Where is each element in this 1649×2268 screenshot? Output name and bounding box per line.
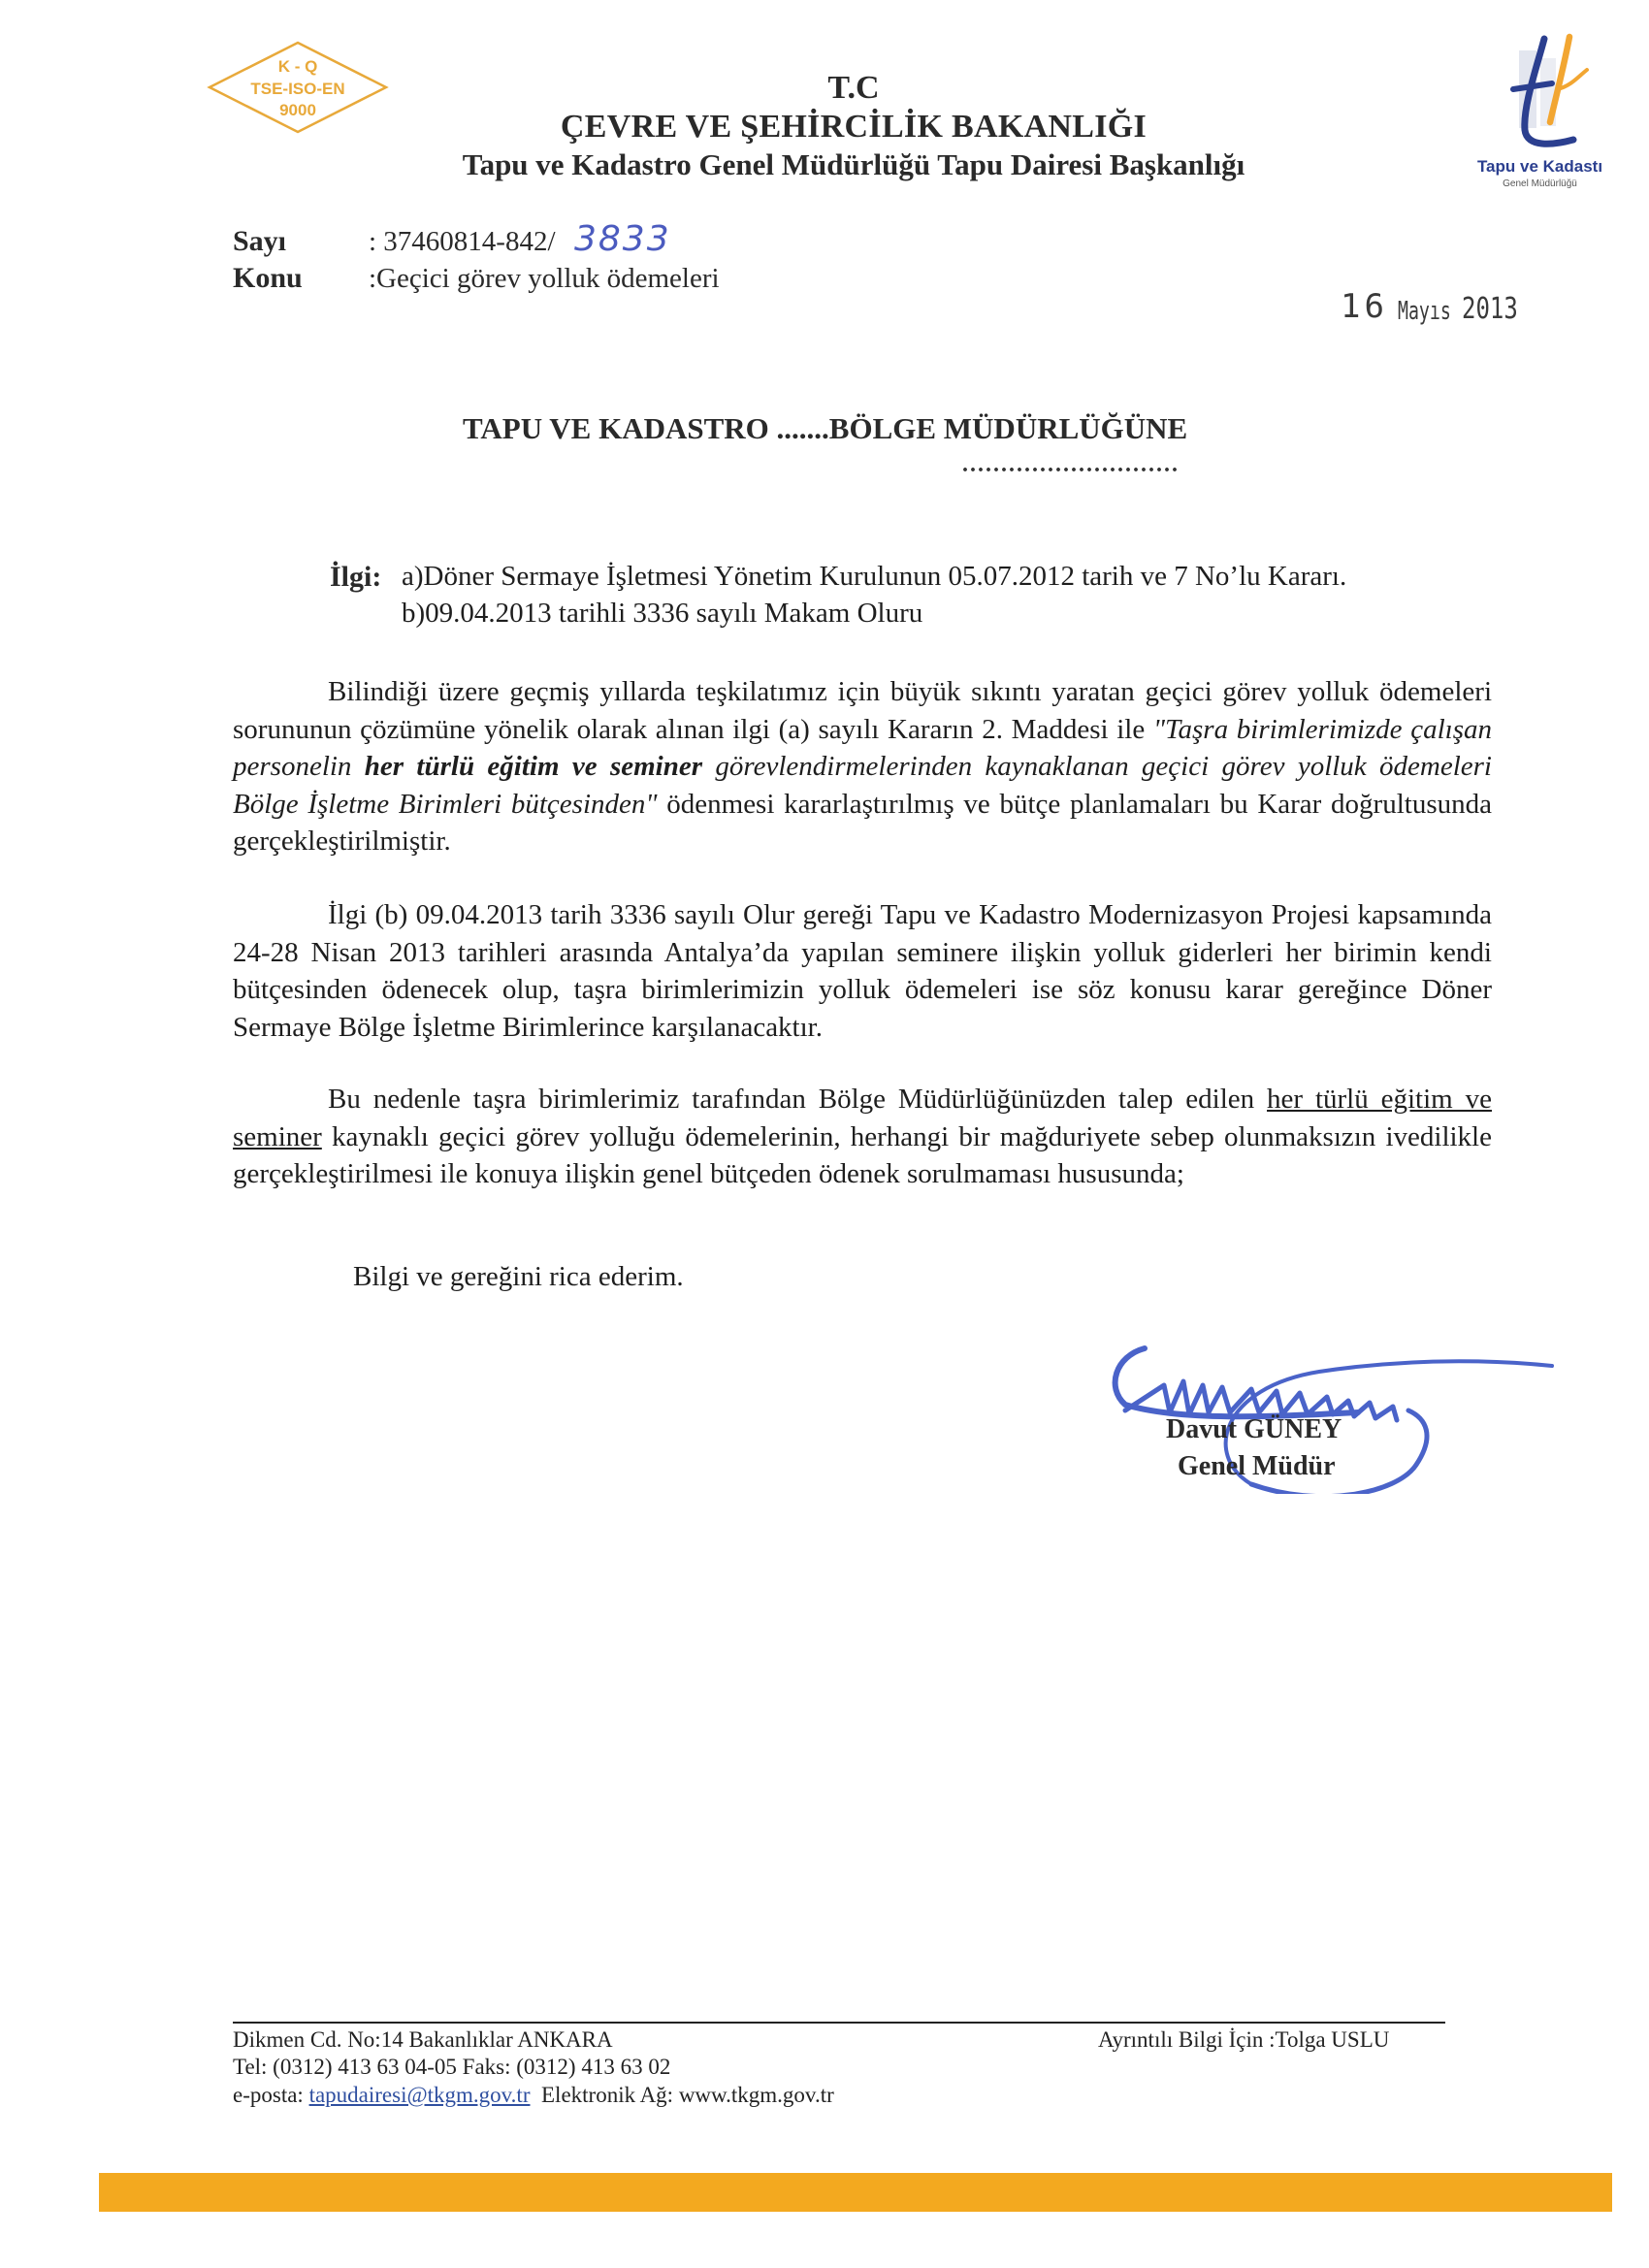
- footer-email-label: e-posta:: [233, 2083, 309, 2107]
- header-country: T.C: [29, 70, 1649, 107]
- ilgi-reference-b: b)09.04.2013 tarihli 3336 sayılı Makam O…: [402, 598, 922, 630]
- closing-line: Bilgi ve gereğini rica ederim.: [353, 1261, 684, 1293]
- footer-contact-person: Ayrıntılı Bilgi İçin :Tolga USLU: [1098, 2027, 1389, 2053]
- logo-subtitle: Genel Müdürlüğü: [1455, 178, 1625, 189]
- ilgi-label: İlgi:: [330, 561, 381, 594]
- footer-email-link[interactable]: tapudairesi@tkgm.gov.tr: [309, 2083, 531, 2107]
- signature-icon: [1106, 1329, 1571, 1494]
- konu-label: Konu: [233, 262, 303, 295]
- footer-address: Dikmen Cd. No:14 Bakanlıklar ANKARA: [233, 2027, 613, 2053]
- para3-intro: Bu nedenle taşra birimlerimiz tarafından…: [328, 1084, 1267, 1115]
- body-paragraph-2: İlgi (b) 09.04.2013 tarih 3336 sayılı Ol…: [233, 896, 1492, 1046]
- addressee: TAPU VE KADASTRO .......BÖLGE MÜDÜRLÜĞÜN…: [463, 411, 1187, 446]
- sayi-label: Sayı: [233, 225, 286, 258]
- tkgm-logo: Tapu ve Kadastı Genel Müdürlüğü: [1455, 29, 1620, 199]
- tk-logo-icon: [1494, 29, 1591, 155]
- date-month: Mayıs: [1398, 297, 1451, 326]
- footer-email-line: e-posta: tapudairesi@tkgm.gov.tr Elektro…: [233, 2083, 834, 2108]
- sayi-value: : 37460814-842/: [369, 226, 556, 258]
- para1-quote-bold: her türlü eğitim ve seminer: [365, 751, 702, 782]
- signatory-name: Davut GÜNEY: [1166, 1414, 1342, 1445]
- ilgi-reference-a: a)Döner Sermaye İşletmesi Yönetim Kurulu…: [402, 561, 1346, 593]
- footer-phones: Tel: (0312) 413 63 04-05 Faks: (0312) 41…: [233, 2055, 670, 2080]
- addressee-dots: ............................: [962, 452, 1180, 478]
- footer-divider: [233, 2022, 1445, 2024]
- para3-outro: kaynaklı geçici görev yolluğu ödemelerin…: [233, 1121, 1492, 1190]
- date-stamp: 16 Mayıs 2013: [1341, 287, 1532, 326]
- body-paragraph-3: Bu nedenle taşra birimlerimiz tarafından…: [233, 1081, 1492, 1193]
- date-day: 16: [1341, 287, 1388, 326]
- body-paragraph-1: Bilindiği üzere geçmiş yıllarda teşkilat…: [233, 673, 1492, 860]
- handwritten-number: 3833: [574, 219, 671, 259]
- header-ministry: ÇEVRE VE ŞEHİRCİLİK BAKANLIĞI: [29, 109, 1649, 146]
- footer-web: Elektronik Ağ: www.tkgm.gov.tr: [531, 2083, 834, 2107]
- date-year: 2013: [1462, 292, 1518, 326]
- konu-value: :Geçici görev yolluk ödemeleri: [369, 263, 720, 295]
- logo-title: Tapu ve Kadastı: [1455, 157, 1625, 177]
- header-department: Tapu ve Kadastro Genel Müdürlüğü Tapu Da…: [29, 147, 1649, 182]
- footer-orange-bar: [99, 2173, 1612, 2212]
- signatory-title: Genel Müdür: [1178, 1451, 1336, 1482]
